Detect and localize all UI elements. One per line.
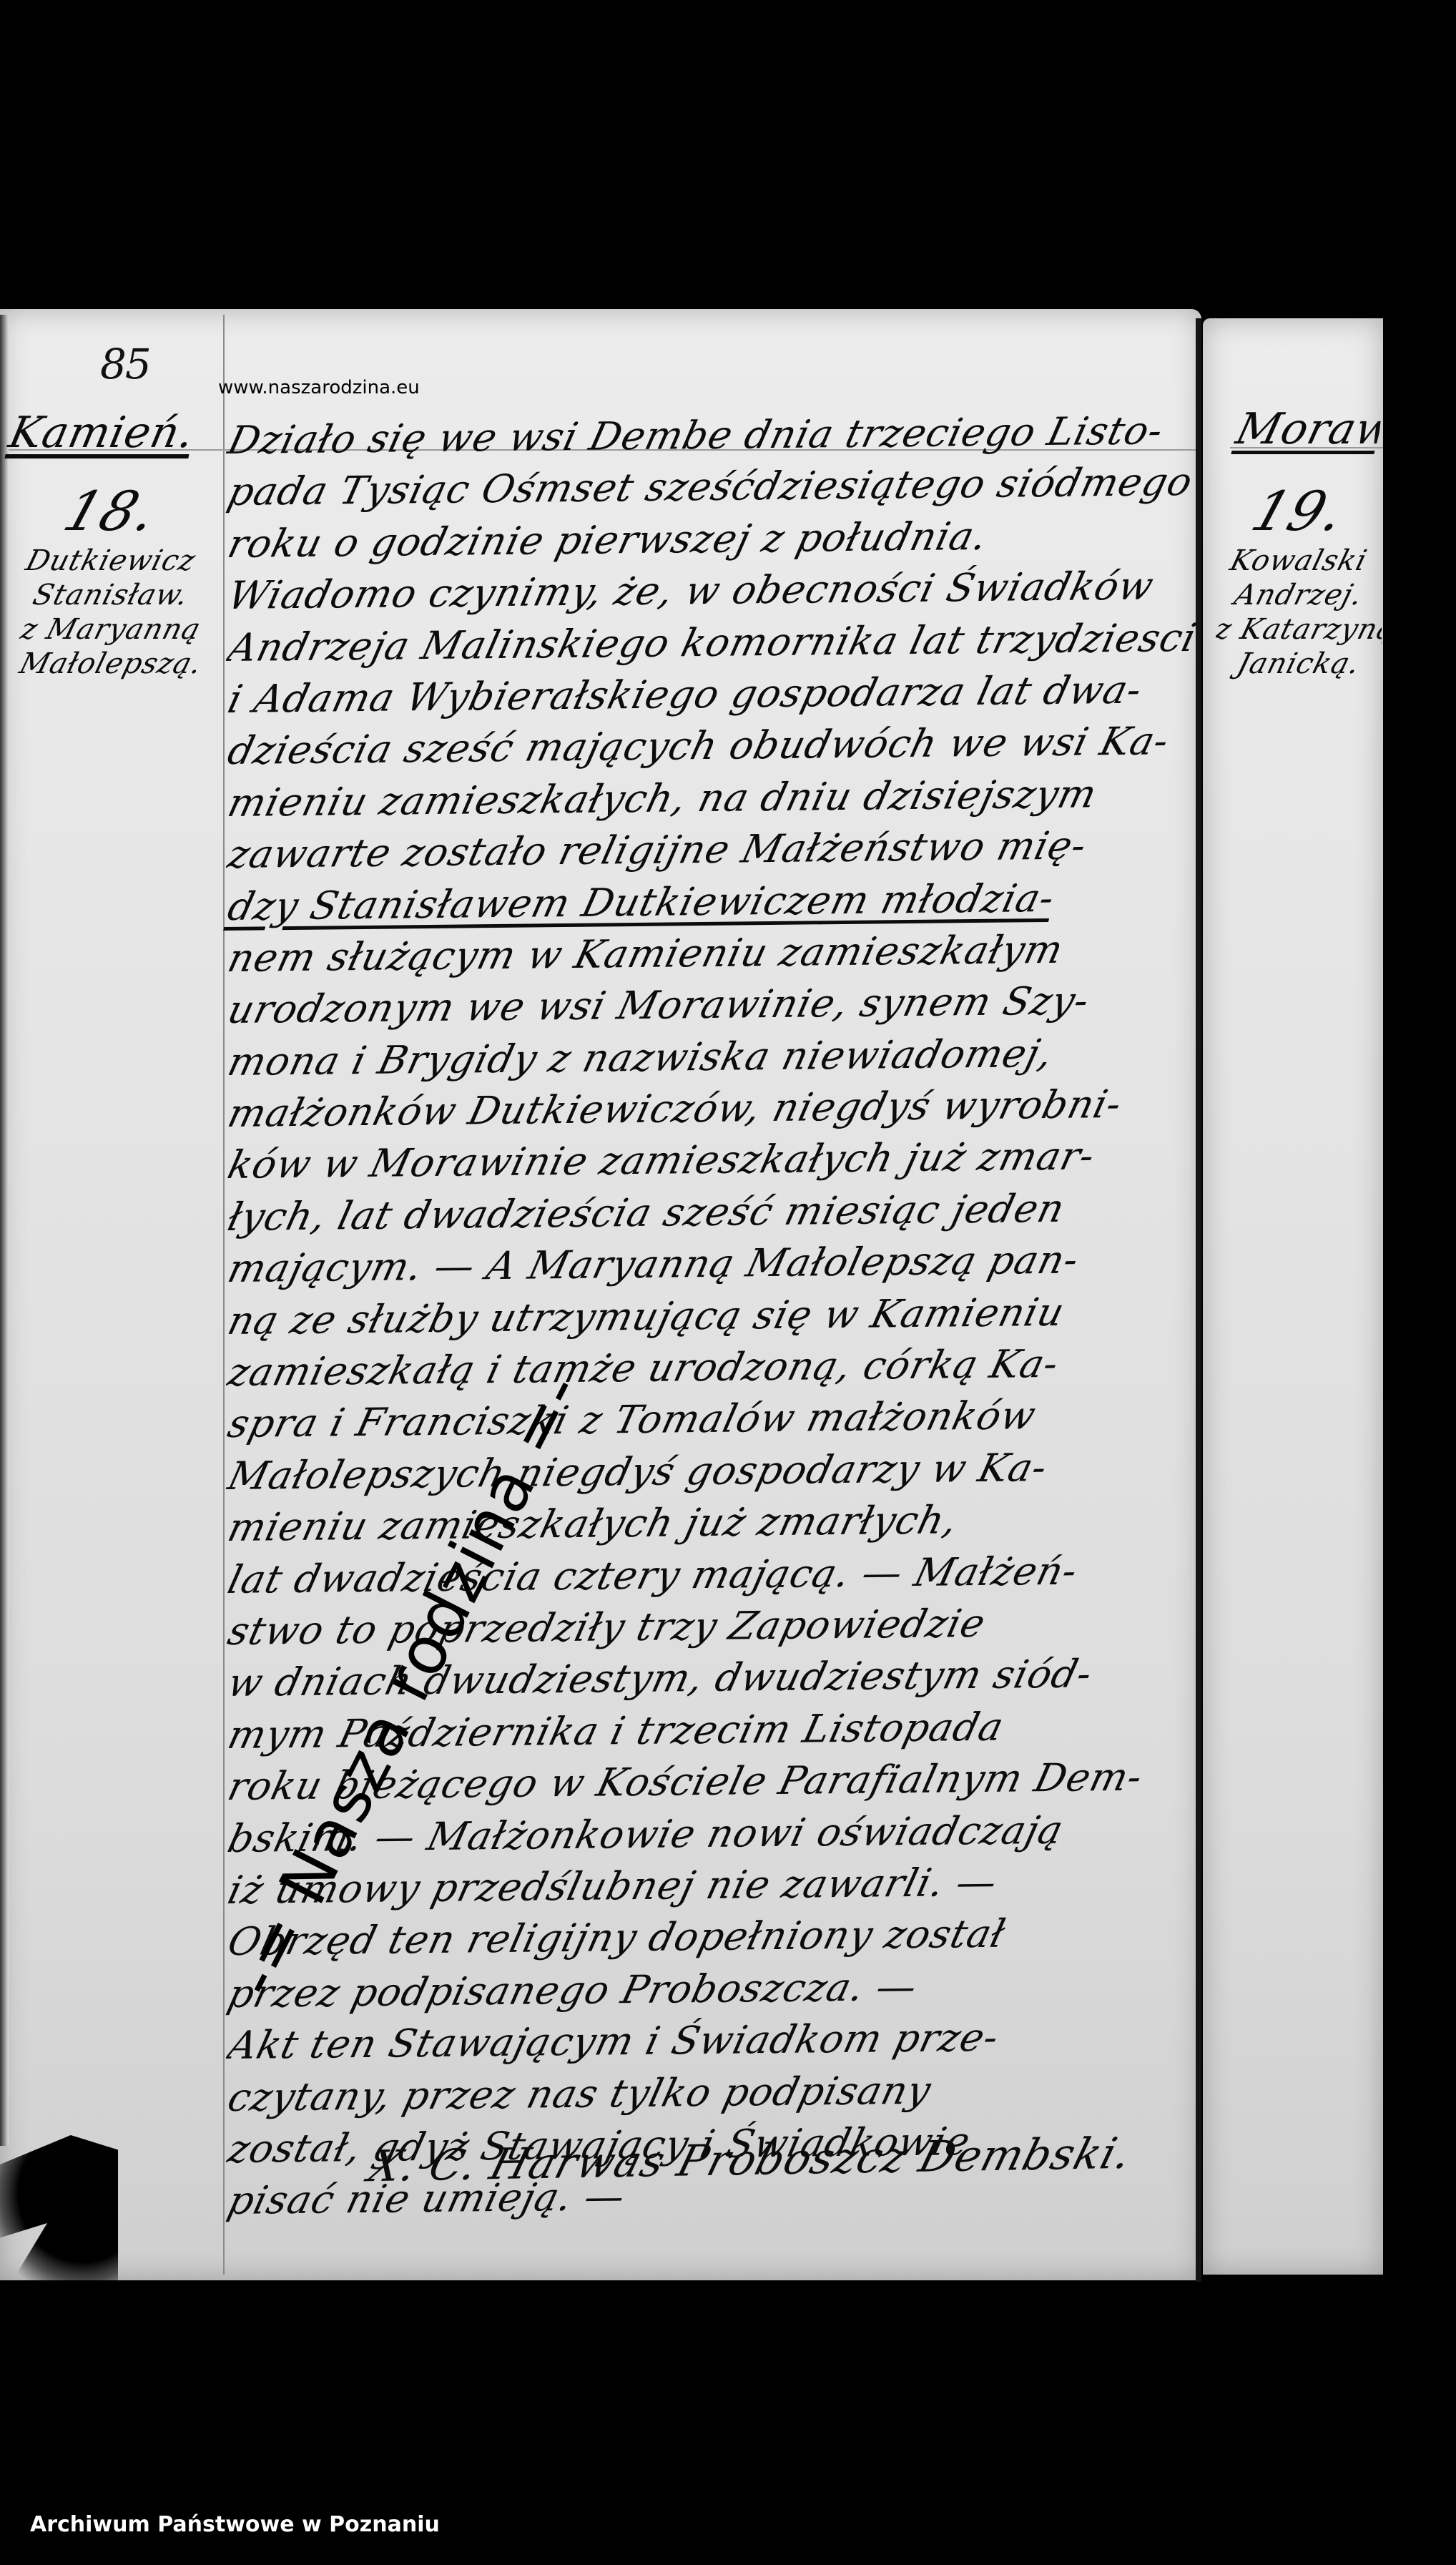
body-line: spra i Franciszki z Tomalów małżonków xyxy=(222,1388,1203,1451)
site-watermark: www.naszarodzina.eu xyxy=(218,377,420,398)
body-line: dzieścia sześć mających obudwóch we wsi … xyxy=(222,715,1203,778)
archive-credit: Archiwum Państwowe w Poznaniu xyxy=(30,2512,440,2537)
entry-number: 18. xyxy=(0,479,225,544)
margin-line-bride: z Maryanną xyxy=(3,612,220,647)
page-number: 85 xyxy=(100,340,150,388)
body-line: mieniu zamieszkałych już zmarłych, xyxy=(222,1492,1203,1554)
right-margin-line: Janicką. xyxy=(1216,647,1382,681)
body-line-groom: dzy Stanisławem Dutkiewiczem młodzia- xyxy=(222,870,1203,933)
body-line: ków w Morawinie zamieszkałych już zmar- xyxy=(222,1129,1203,1192)
right-entry-number: 19. xyxy=(1216,479,1382,544)
right-margin-line: Kowalski xyxy=(1216,544,1382,578)
body-line: czytany, przez nas tylko podpisany xyxy=(222,2061,1203,2124)
right-margin-entry: 19. Kowalski Andrzej. z Katarzyną Janick… xyxy=(1216,479,1382,681)
margin-entry: 18. Dutkiewicz Stanisław. z Maryanną Mał… xyxy=(7,479,215,681)
body-line: Wiadomo czynimy, że, w obecności Świadkó… xyxy=(222,560,1203,622)
body-line: Obrzęd ten religijny dopełniony został xyxy=(222,1906,1203,1968)
body-line: Andrzeja Malinskiego komornika lat trzyd… xyxy=(222,612,1203,674)
margin-line-bride-surname: Małolepszą. xyxy=(3,647,220,681)
right-margin-line: z Katarzyną xyxy=(1216,612,1382,647)
margin-place-name: Kamień. xyxy=(5,408,200,458)
body-line: pada Tysiąc Ośmset sześćdziesiątego siód… xyxy=(222,456,1203,519)
right-margin-place-name: Morawin xyxy=(1231,404,1386,454)
margin-line-given-name: Stanisław. xyxy=(3,578,220,612)
body-line: urodzonym we wsi Morawinie, synem Szy- xyxy=(222,974,1203,1036)
record-body: Działo się we wsi Dembe dnia trzeciego L… xyxy=(229,415,1194,2227)
body-line: zawarte zostało religijne Małżeństwo mię… xyxy=(222,819,1203,881)
right-margin-line: Andrzej. xyxy=(1216,578,1382,612)
margin-line-surname: Dutkiewicz xyxy=(3,544,220,578)
body-line: Akt ten Stawającym i Świadkom prze- xyxy=(222,2010,1203,2072)
body-line-bride: mającym. — A Maryanną Małolepszą pan- xyxy=(222,1233,1203,1295)
body-line: lat dwadzieścia cztery mającą. — Małżeń- xyxy=(222,1544,1203,1606)
